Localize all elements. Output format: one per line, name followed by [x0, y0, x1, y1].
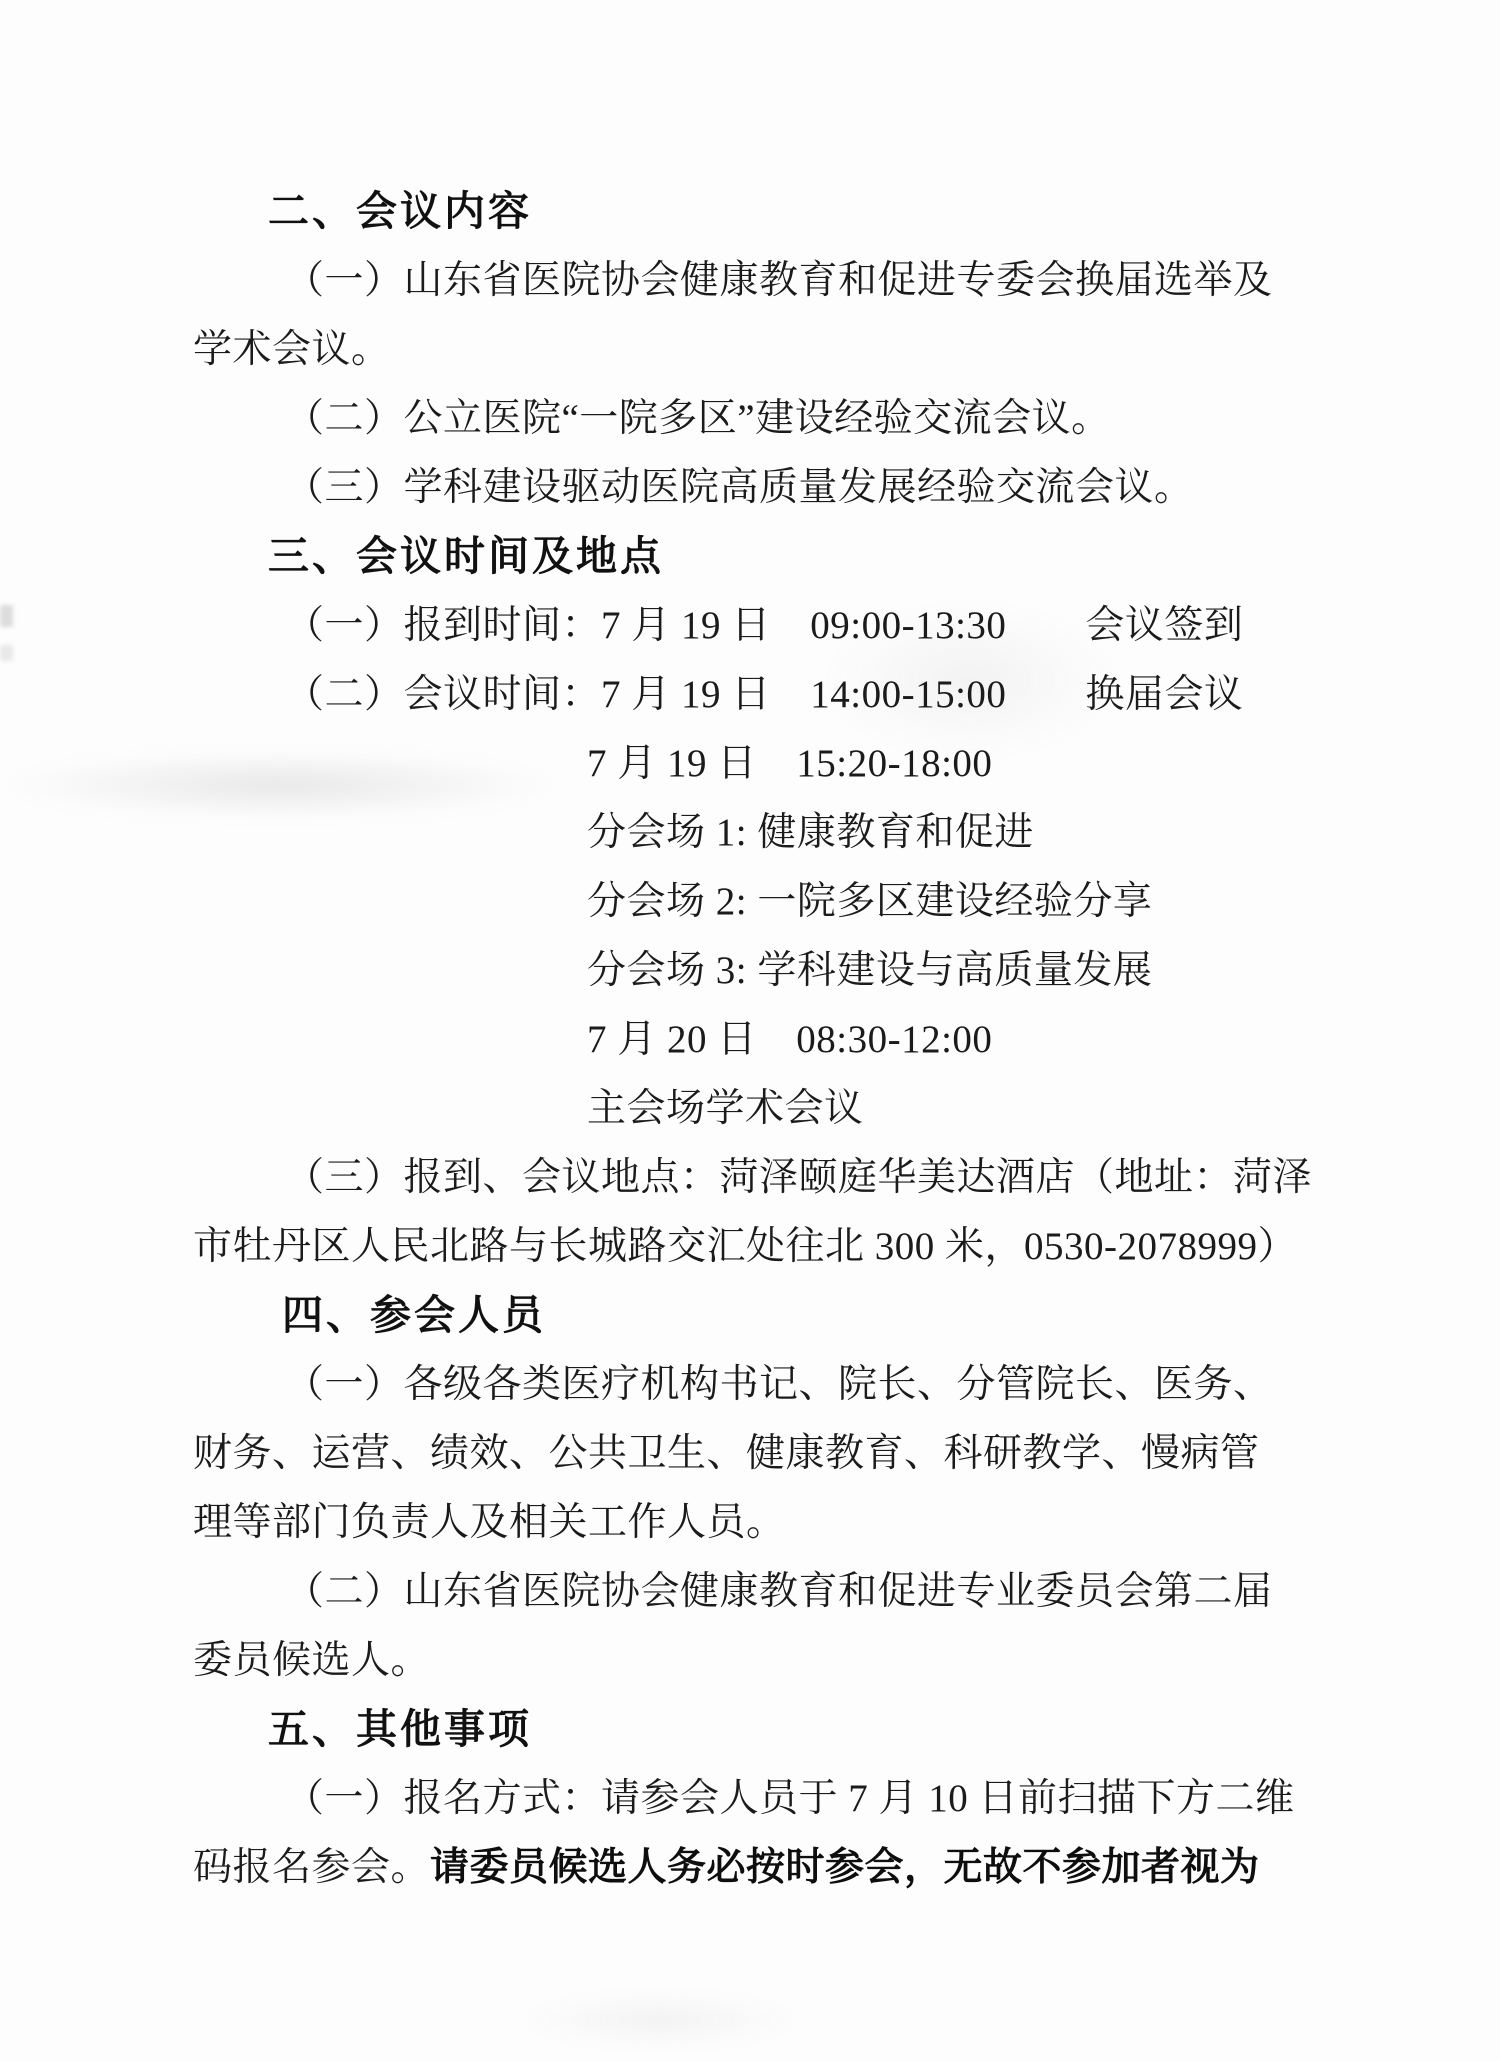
text-line: （二）会议时间：7 月 19 日 14:00-15:00 换届会议: [193, 660, 1283, 729]
scan-artifact: [0, 645, 13, 661]
text-line: （一）报名方式：请参会人员于 7 月 10 日前扫描下方二维: [193, 1764, 1283, 1833]
text-line: 分会场 3: 学科建设与高质量发展: [193, 936, 1283, 1005]
text-line: （二）公立医院“一院多区”建设经验交流会议。: [193, 384, 1283, 453]
text-line: （一）山东省医院协会健康教育和促进专委会换届选举及: [193, 246, 1283, 315]
text-line: 7 月 20 日 08:30-12:00: [193, 1005, 1283, 1074]
text-segment: 码报名参会。: [193, 1846, 430, 1889]
text-line: （一）报到时间：7 月 19 日 09:00-13:30 会议签到: [193, 591, 1283, 660]
scan-artifact: [520, 1990, 800, 2050]
document-page: 二、会议内容（一）山东省医院协会健康教育和促进专委会换届选举及学术会议。（二）公…: [0, 0, 1500, 2061]
text-line: 分会场 2: 一院多区建设经验分享: [193, 867, 1283, 936]
text-line: 理等部门负责人及相关工作人员。: [193, 1488, 1283, 1557]
scan-artifact: [0, 605, 13, 627]
text-line: （二）山东省医院协会健康教育和促进专业委员会第二届: [193, 1557, 1283, 1626]
text-line: 码报名参会。请委员候选人务必按时参会，无故不参加者视为: [193, 1833, 1283, 1902]
text-line: （三）报到、会议地点：菏泽颐庭华美达酒店（地址：菏泽: [193, 1143, 1283, 1212]
text-line: （一）各级各类医疗机构书记、院长、分管院长、医务、: [193, 1350, 1283, 1419]
text-line: 学术会议。: [193, 315, 1283, 384]
text-line: 市牡丹区人民北路与长城路交汇处往北 300 米，0530-2078999）: [193, 1212, 1283, 1281]
text-line: 主会场学术会议: [193, 1074, 1283, 1143]
document-body: 二、会议内容（一）山东省医院协会健康教育和促进专委会换届选举及学术会议。（二）公…: [193, 177, 1283, 1902]
section-heading: 三、会议时间及地点: [193, 522, 1283, 591]
text-line: 财务、运营、绩效、公共卫生、健康教育、科研教学、慢病管: [193, 1419, 1283, 1488]
section-heading: 五、其他事项: [193, 1695, 1283, 1764]
section-heading: 二、会议内容: [193, 177, 1283, 246]
text-line: （三）学科建设驱动医院高质量发展经验交流会议。: [193, 453, 1283, 522]
text-line: 委员候选人。: [193, 1626, 1283, 1695]
text-line: 7 月 19 日 15:20-18:00: [193, 729, 1283, 798]
text-line: 分会场 1: 健康教育和促进: [193, 798, 1283, 867]
emphasized-text: 请委员候选人务必按时参会，无故不参加者视为: [430, 1846, 1260, 1889]
section-heading: 四、参会人员: [193, 1281, 1283, 1350]
